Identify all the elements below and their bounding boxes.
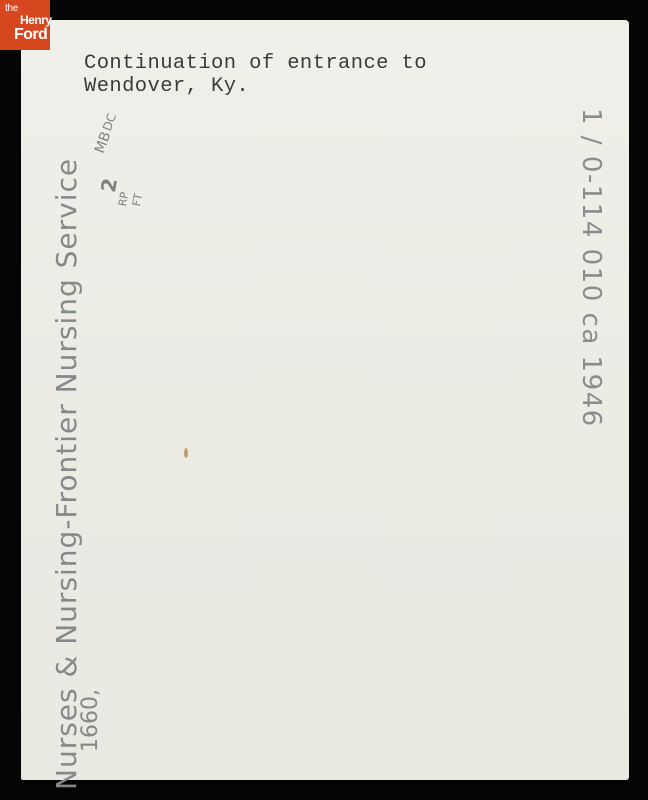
handwritten-accession-note: 1 / 0-114 010 ca 1946 — [576, 108, 606, 428]
initials-mark-ft: FT — [130, 192, 145, 207]
handwritten-number-note: 1660, — [78, 689, 103, 752]
paper-stain — [184, 448, 188, 458]
caption-line-2: Wendover, Ky. — [84, 75, 427, 98]
henry-ford-logo[interactable]: the Henry Ford — [0, 0, 50, 50]
caption-line-1: Continuation of entrance to — [84, 52, 427, 75]
logo-the: the — [5, 3, 18, 14]
logo-henry: Henry — [20, 13, 52, 27]
logo-ford: Ford — [14, 26, 47, 44]
typed-caption: Continuation of entrance to Wendover, Ky… — [84, 52, 427, 98]
